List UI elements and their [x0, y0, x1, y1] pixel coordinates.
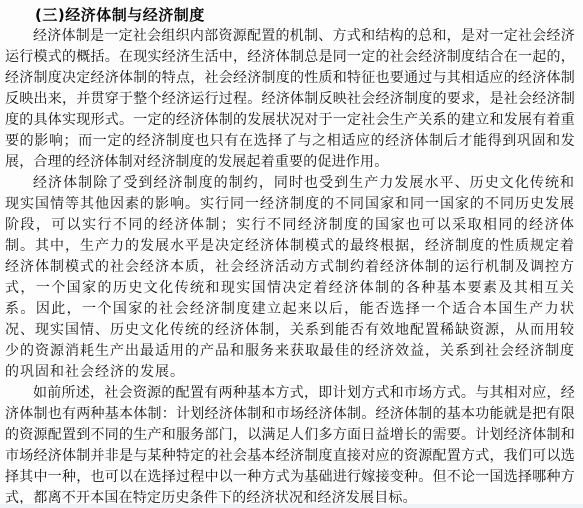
- paragraph-allocation-methods: 如前所述，社会资源的配置有两种基本方式，即计划方式和市场方式。与其相对应，经济体…: [5, 383, 575, 508]
- paragraph-economic-system-definition: 经济体制是一定社会组织内部资源配置的机制、方式和结构的总和，是对一定社会经济运行…: [5, 26, 575, 173]
- paragraph-influencing-factors: 经济体制除了受到经济制度的制约，同时也受到生产力发展水平、历史文化传统和现实国情…: [5, 173, 575, 383]
- scan-edge-artifact: [0, 504, 583, 508]
- document-page: (三)经济体制与经济制度 经济体制是一定社会组织内部资源配置的机制、方式和结构的…: [0, 0, 583, 508]
- section-heading: (三)经济体制与经济制度: [5, 4, 575, 26]
